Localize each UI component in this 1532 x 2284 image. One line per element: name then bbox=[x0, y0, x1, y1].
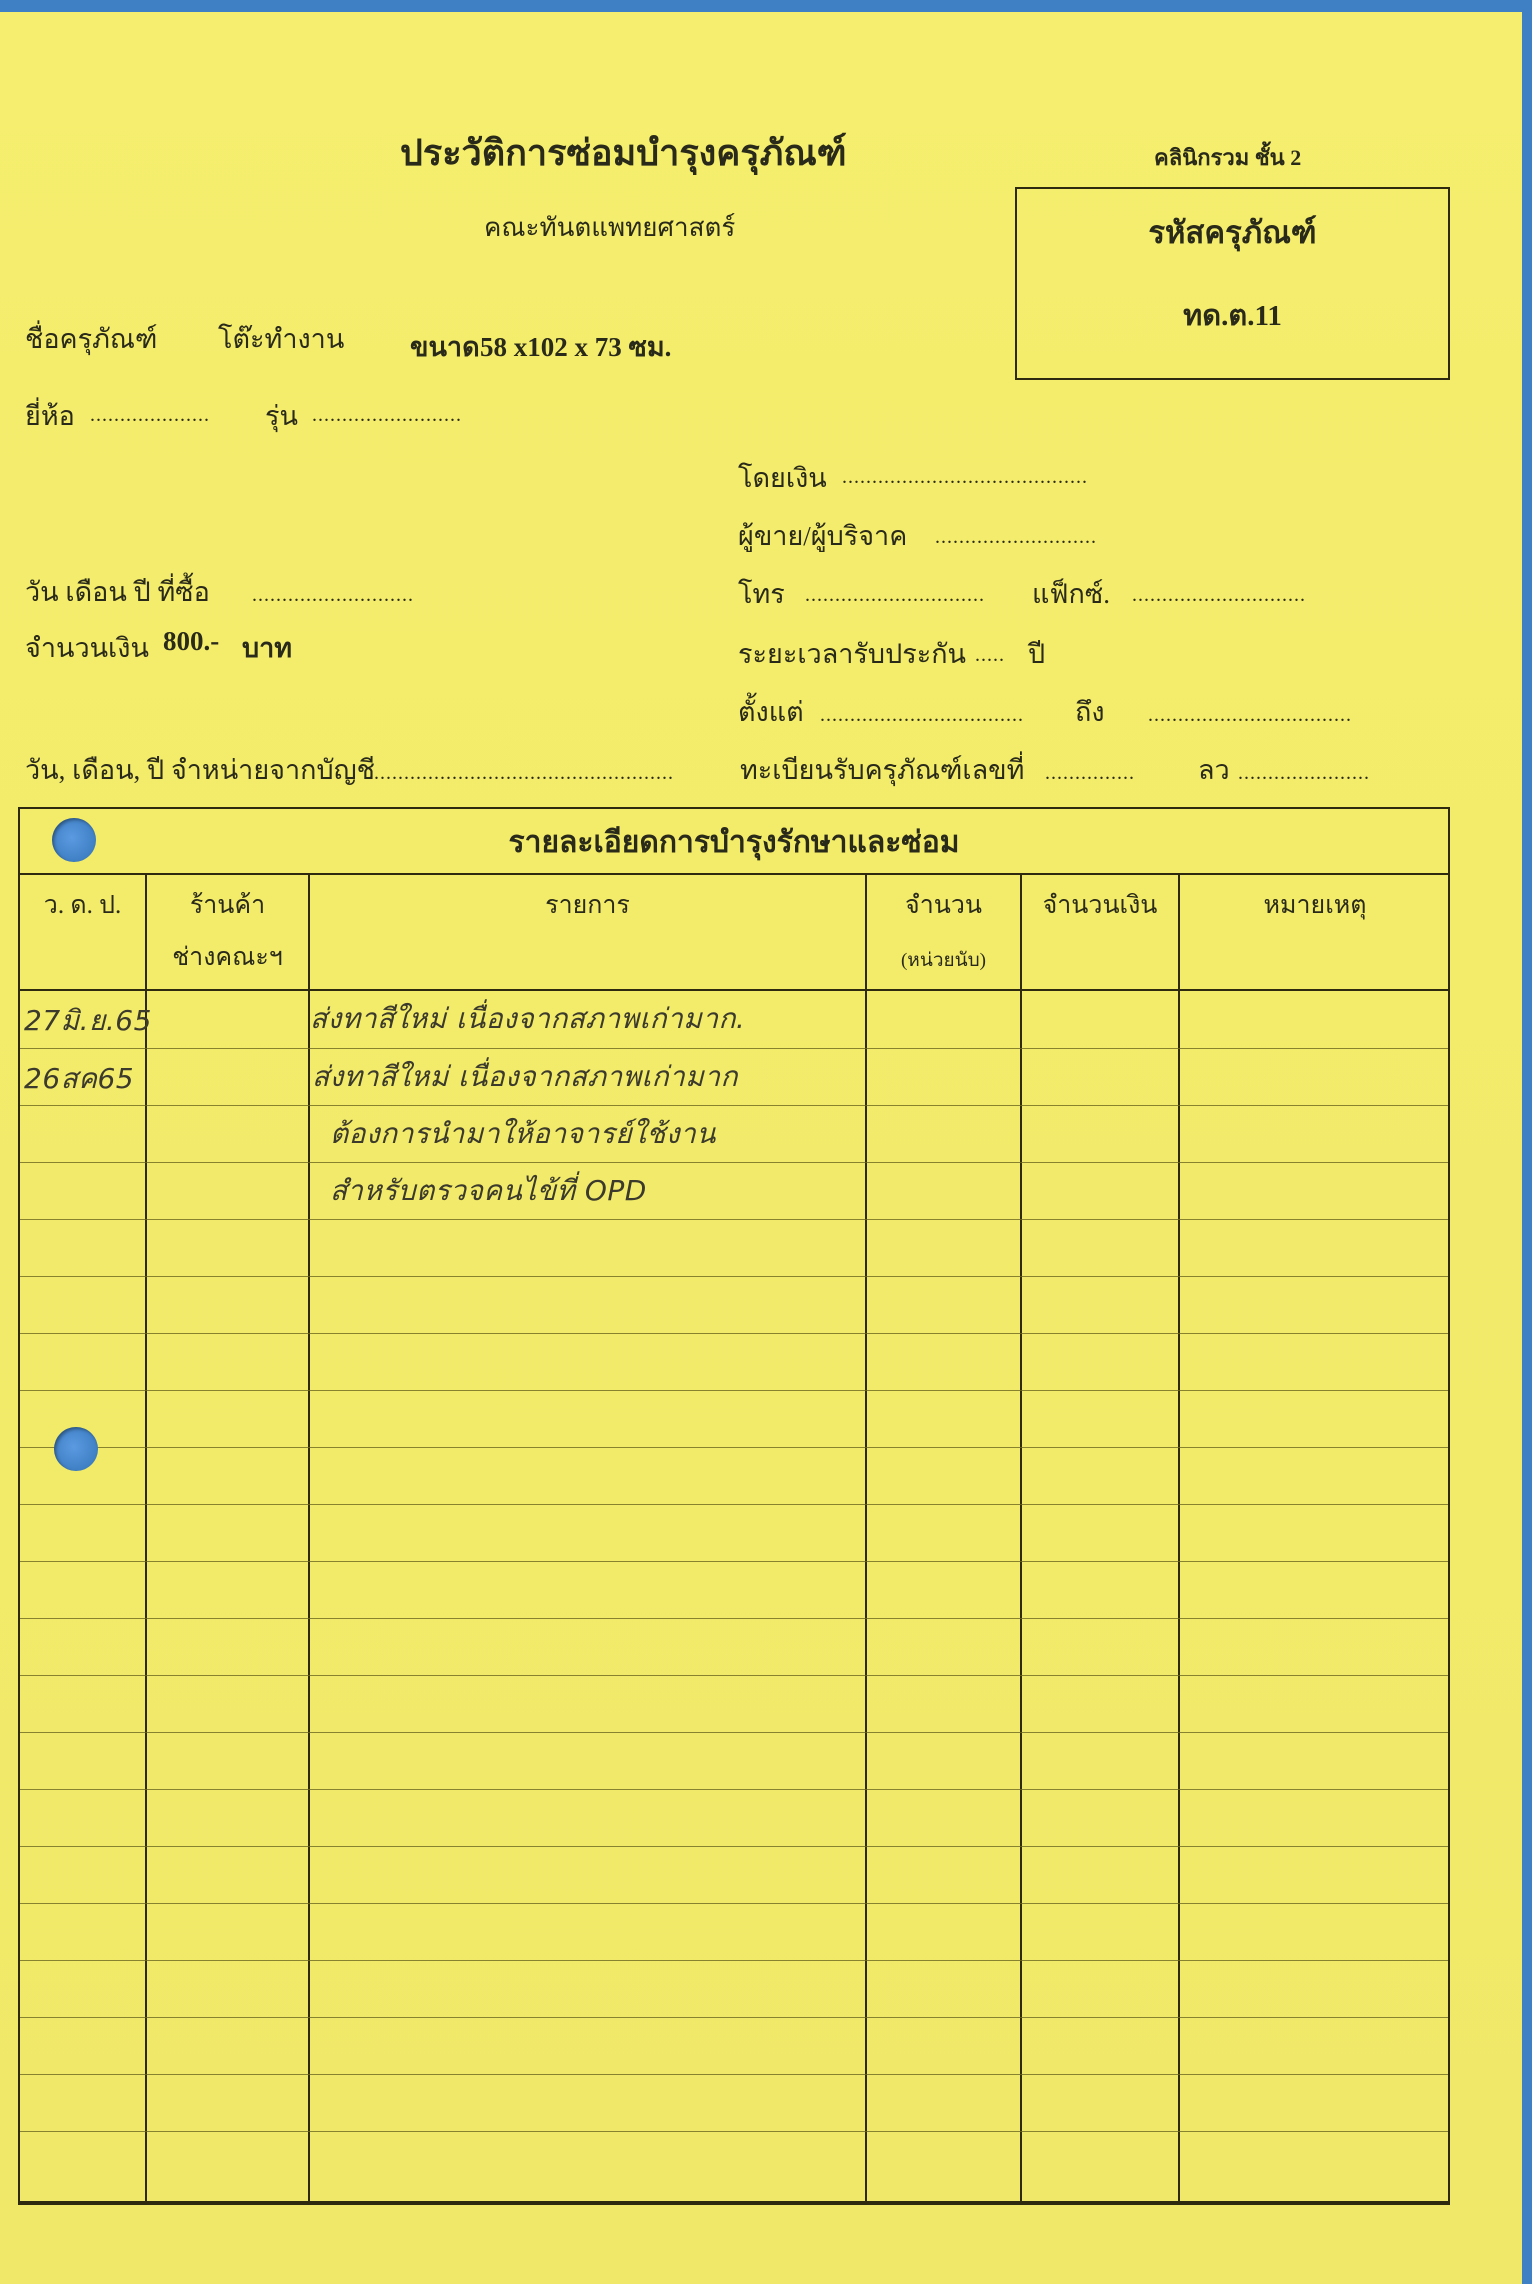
purchase-date-field[interactable]: ........................... bbox=[252, 584, 414, 607]
table-row-1-item[interactable]: ส่งทาสีใหม่ เนื่องจากสภาพเก่ามาก. bbox=[310, 997, 745, 1041]
form-paper: ประวัติการซ่อมบำรุงครุภัณฑ์ คณะทันตแพทยศ… bbox=[0, 12, 1522, 2284]
column-header-date: ว. ด. ป. bbox=[20, 875, 145, 989]
registry-label: ทะเบียนรับครุภัณฑ์เลขที่ bbox=[740, 748, 1024, 791]
brand-label: ยี่ห้อ bbox=[25, 394, 75, 437]
column-header-note: หมายเหตุ bbox=[1180, 875, 1450, 989]
row-divider bbox=[20, 1333, 1448, 1334]
row-divider bbox=[20, 1219, 1448, 1220]
from-field[interactable]: .................................. bbox=[820, 704, 1024, 727]
phone-label: โทร bbox=[738, 572, 785, 615]
purchase-date-label: วัน เดือน ปี ที่ซื้อ bbox=[25, 570, 210, 613]
row-divider bbox=[20, 1618, 1448, 1619]
row-divider bbox=[20, 1447, 1448, 1448]
model-field[interactable]: ......................... bbox=[312, 404, 462, 427]
writeoff-label: วัน, เดือน, ปี จำหน่ายจากบัญชี bbox=[25, 748, 375, 791]
row-divider bbox=[20, 1162, 1448, 1163]
faculty-subtitle: คณะทันตแพทยศาสตร์ bbox=[484, 207, 735, 248]
funding-field[interactable]: ........................................… bbox=[842, 466, 1088, 489]
row-divider bbox=[20, 1276, 1448, 1277]
amount-value[interactable]: 800.- bbox=[163, 626, 219, 657]
row-divider bbox=[20, 2131, 1448, 2132]
punch-hole-icon bbox=[54, 1427, 98, 1471]
clinic-location: คลินิกรวม ชั้น 2 bbox=[1154, 140, 1301, 175]
asset-name-label: ชื่อครุภัณฑ์ bbox=[25, 317, 157, 360]
size-label: ขนาด bbox=[410, 325, 480, 368]
asset-code-value[interactable]: ทด.ต.11 bbox=[1017, 292, 1448, 338]
column-header-item: รายการ bbox=[310, 875, 865, 989]
table-title: รายละเอียดการบำรุงรักษาและซ่อม bbox=[20, 809, 1448, 875]
asset-code-box: รหัสครุภัณฑ์ ทด.ต.11 bbox=[1015, 187, 1450, 380]
writeoff-field[interactable]: ........................................… bbox=[368, 762, 674, 785]
table-row-2-date[interactable]: 26สค65 bbox=[24, 1057, 134, 1101]
table-row-2-item[interactable]: ส่งทาสีใหม่ เนื่องจากสภาพเก่ามาก bbox=[312, 1055, 738, 1099]
model-label: รุ่น bbox=[265, 394, 298, 437]
table-row-4-item[interactable]: สำหรับตรวจคนไข้ที่ OPD bbox=[330, 1169, 647, 1213]
lw-label: ลว bbox=[1198, 748, 1230, 791]
row-divider bbox=[20, 1903, 1448, 1904]
row-divider bbox=[20, 1960, 1448, 1961]
fax-field[interactable]: ............................. bbox=[1132, 584, 1306, 607]
row-divider bbox=[20, 1048, 1448, 1049]
from-label: ตั้งแต่ bbox=[738, 690, 804, 733]
column-header-amount: จำนวนเงิน bbox=[1022, 875, 1178, 989]
col-divider bbox=[308, 875, 310, 2201]
col-divider bbox=[865, 875, 867, 2201]
fax-label: แฟ็กซ์. bbox=[1032, 572, 1110, 615]
header-divider bbox=[20, 989, 1448, 991]
asset-code-label: รหัสครุภัณฑ์ bbox=[1017, 207, 1448, 257]
row-divider bbox=[20, 1105, 1448, 1106]
size-value[interactable]: 58 x102 x 73 ซม. bbox=[480, 325, 671, 368]
registry-field[interactable]: ............... bbox=[1045, 762, 1135, 785]
amount-label: จำนวนเงิน bbox=[25, 626, 149, 669]
row-divider bbox=[20, 1561, 1448, 1562]
row-divider bbox=[20, 1504, 1448, 1505]
col-divider bbox=[145, 875, 147, 2201]
warranty-label: ระยะเวลารับประกัน bbox=[738, 632, 966, 675]
maintenance-table: รายละเอียดการบำรุงรักษาและซ่อม ว. ด. ป. … bbox=[18, 807, 1450, 2205]
form-title: ประวัติการซ่อมบำรุงครุภัณฑ์ bbox=[400, 124, 847, 181]
asset-name-value[interactable]: โต๊ะทำงาน bbox=[218, 317, 344, 360]
to-field[interactable]: .................................. bbox=[1148, 704, 1352, 727]
amount-unit: บาท bbox=[242, 626, 292, 669]
funding-label: โดยเงิน bbox=[738, 456, 827, 499]
table-row-3-item[interactable]: ต้องการนำมาให้อาจารย์ใช้งาน bbox=[330, 1112, 716, 1156]
row-divider bbox=[20, 1846, 1448, 1847]
punch-hole-icon bbox=[52, 818, 96, 862]
row-divider bbox=[20, 2017, 1448, 2018]
column-header-shop: ร้านค้า ช่างคณะฯ bbox=[147, 875, 308, 989]
phone-field[interactable]: .............................. bbox=[805, 584, 985, 607]
row-divider bbox=[20, 1390, 1448, 1391]
row-divider bbox=[20, 1732, 1448, 1733]
vendor-label: ผู้ขาย/ผู้บริจาค bbox=[738, 514, 907, 557]
brand-field[interactable]: .................... bbox=[90, 404, 210, 427]
row-divider bbox=[20, 1789, 1448, 1790]
col-divider bbox=[1178, 875, 1180, 2201]
vendor-field[interactable]: ........................... bbox=[935, 526, 1097, 549]
table-row-1-date[interactable]: 27มิ.ย.65 bbox=[24, 999, 152, 1043]
lw-field[interactable]: ...................... bbox=[1238, 762, 1370, 785]
warranty-unit: ปี bbox=[1028, 632, 1045, 675]
row-divider bbox=[20, 1675, 1448, 1676]
col-divider bbox=[1020, 875, 1022, 2201]
warranty-field[interactable]: ..... bbox=[975, 644, 1005, 667]
row-divider bbox=[20, 2074, 1448, 2075]
column-header-quantity: จำนวน (หน่วยนับ) bbox=[867, 875, 1020, 989]
to-label: ถึง bbox=[1075, 690, 1105, 733]
